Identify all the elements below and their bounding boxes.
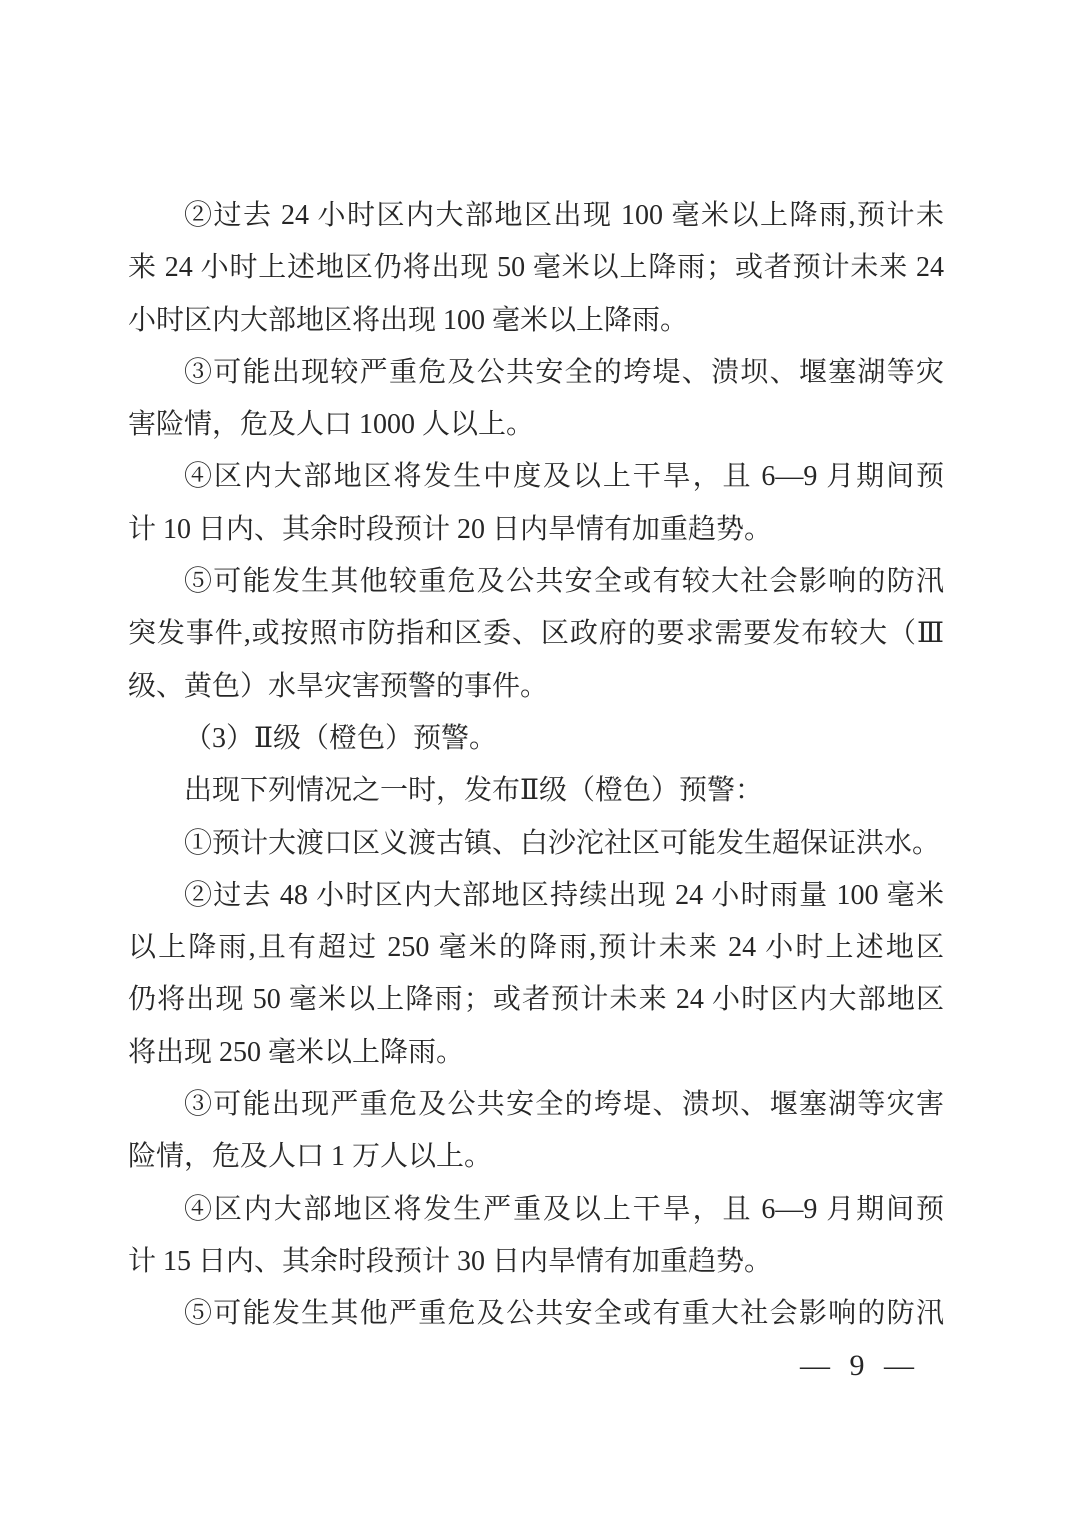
heading-level-ii-orange: （3）Ⅱ级（橙色）预警。 [128, 713, 944, 765]
text-line: 出现下列情况之一时，发布Ⅱ级（橙色）预警： [128, 765, 944, 817]
paragraph-ii-condition-2: ②过去 48 小时区内大部地区持续出现 24 小时雨量 100 毫米 以上降雨,… [128, 870, 944, 1079]
text-line: 小时区内大部地区将出现 100 毫米以上降雨。 [128, 295, 944, 347]
paragraph-iii-condition-2: ②过去 24 小时区内大部地区出现 100 毫米以上降雨,预计未 来 24 小时… [128, 190, 944, 347]
page-number: — 9 — [0, 1346, 914, 1386]
text-line: 突发事件,或按照市防指和区委、区政府的要求需要发布较大（Ⅲ [128, 608, 944, 660]
paragraph-iii-condition-4: ④区内大部地区将发生中度及以上干旱，且 6—9 月期间预 计 10 日内、其余时… [128, 451, 944, 556]
paragraph-ii-intro: 出现下列情况之一时，发布Ⅱ级（橙色）预警： [128, 765, 944, 817]
paragraph-ii-condition-5: ⑤可能发生其他严重危及公共安全或有重大社会影响的防汛 [128, 1288, 944, 1340]
text-line: ④区内大部地区将发生中度及以上干旱，且 6—9 月期间预 [128, 451, 944, 503]
paragraph-ii-condition-1: ①预计大渡口区义渡古镇、白沙沱社区可能发生超保证洪水。 [128, 818, 944, 870]
text-line: ③可能出现严重危及公共安全的垮堤、溃坝、堰塞湖等灾害 [128, 1079, 944, 1131]
document-page: ②过去 24 小时区内大部地区出现 100 毫米以上降雨,预计未 来 24 小时… [0, 0, 1074, 1520]
paragraph-ii-condition-3: ③可能出现严重危及公共安全的垮堤、溃坝、堰塞湖等灾害 险情，危及人口 1 万人以… [128, 1079, 944, 1184]
text-line: ③可能出现较严重危及公共安全的垮堤、溃坝、堰塞湖等灾 [128, 347, 944, 399]
paragraph-iii-condition-3: ③可能出现较严重危及公共安全的垮堤、溃坝、堰塞湖等灾 害险情，危及人口 1000… [128, 347, 944, 452]
section-heading: （3）Ⅱ级（橙色）预警。 [128, 713, 944, 765]
text-line: ⑤可能发生其他严重危及公共安全或有重大社会影响的防汛 [128, 1288, 944, 1340]
text-line: 以上降雨,且有超过 250 毫米的降雨,预计未来 24 小时上述地区 [128, 922, 944, 974]
text-line: ②过去 48 小时区内大部地区持续出现 24 小时雨量 100 毫米 [128, 870, 944, 922]
text-line: 计 15 日内、其余时段预计 30 日内旱情有加重趋势。 [128, 1236, 944, 1288]
text-line: 计 10 日内、其余时段预计 20 日内旱情有加重趋势。 [128, 504, 944, 556]
text-line: ④区内大部地区将发生严重及以上干旱，且 6—9 月期间预 [128, 1184, 944, 1236]
text-line: 将出现 250 毫米以上降雨。 [128, 1027, 944, 1079]
text-line: 仍将出现 50 毫米以上降雨；或者预计未来 24 小时区内大部地区 [128, 974, 944, 1026]
paragraph-ii-condition-4: ④区内大部地区将发生严重及以上干旱，且 6—9 月期间预 计 15 日内、其余时… [128, 1184, 944, 1289]
text-line: 来 24 小时上述地区仍将出现 50 毫米以上降雨；或者预计未来 24 [128, 242, 944, 294]
text-line: 级、黄色）水旱灾害预警的事件。 [128, 661, 944, 713]
text-line: 害险情，危及人口 1000 人以上。 [128, 399, 944, 451]
text-line: 险情，危及人口 1 万人以上。 [128, 1131, 944, 1183]
text-line: ⑤可能发生其他较重危及公共安全或有较大社会影响的防汛 [128, 556, 944, 608]
text-line: ①预计大渡口区义渡古镇、白沙沱社区可能发生超保证洪水。 [128, 818, 944, 870]
text-line: ②过去 24 小时区内大部地区出现 100 毫米以上降雨,预计未 [128, 190, 944, 242]
paragraph-iii-condition-5: ⑤可能发生其他较重危及公共安全或有较大社会影响的防汛 突发事件,或按照市防指和区… [128, 556, 944, 713]
page-body: ②过去 24 小时区内大部地区出现 100 毫米以上降雨,预计未 来 24 小时… [128, 190, 944, 1341]
